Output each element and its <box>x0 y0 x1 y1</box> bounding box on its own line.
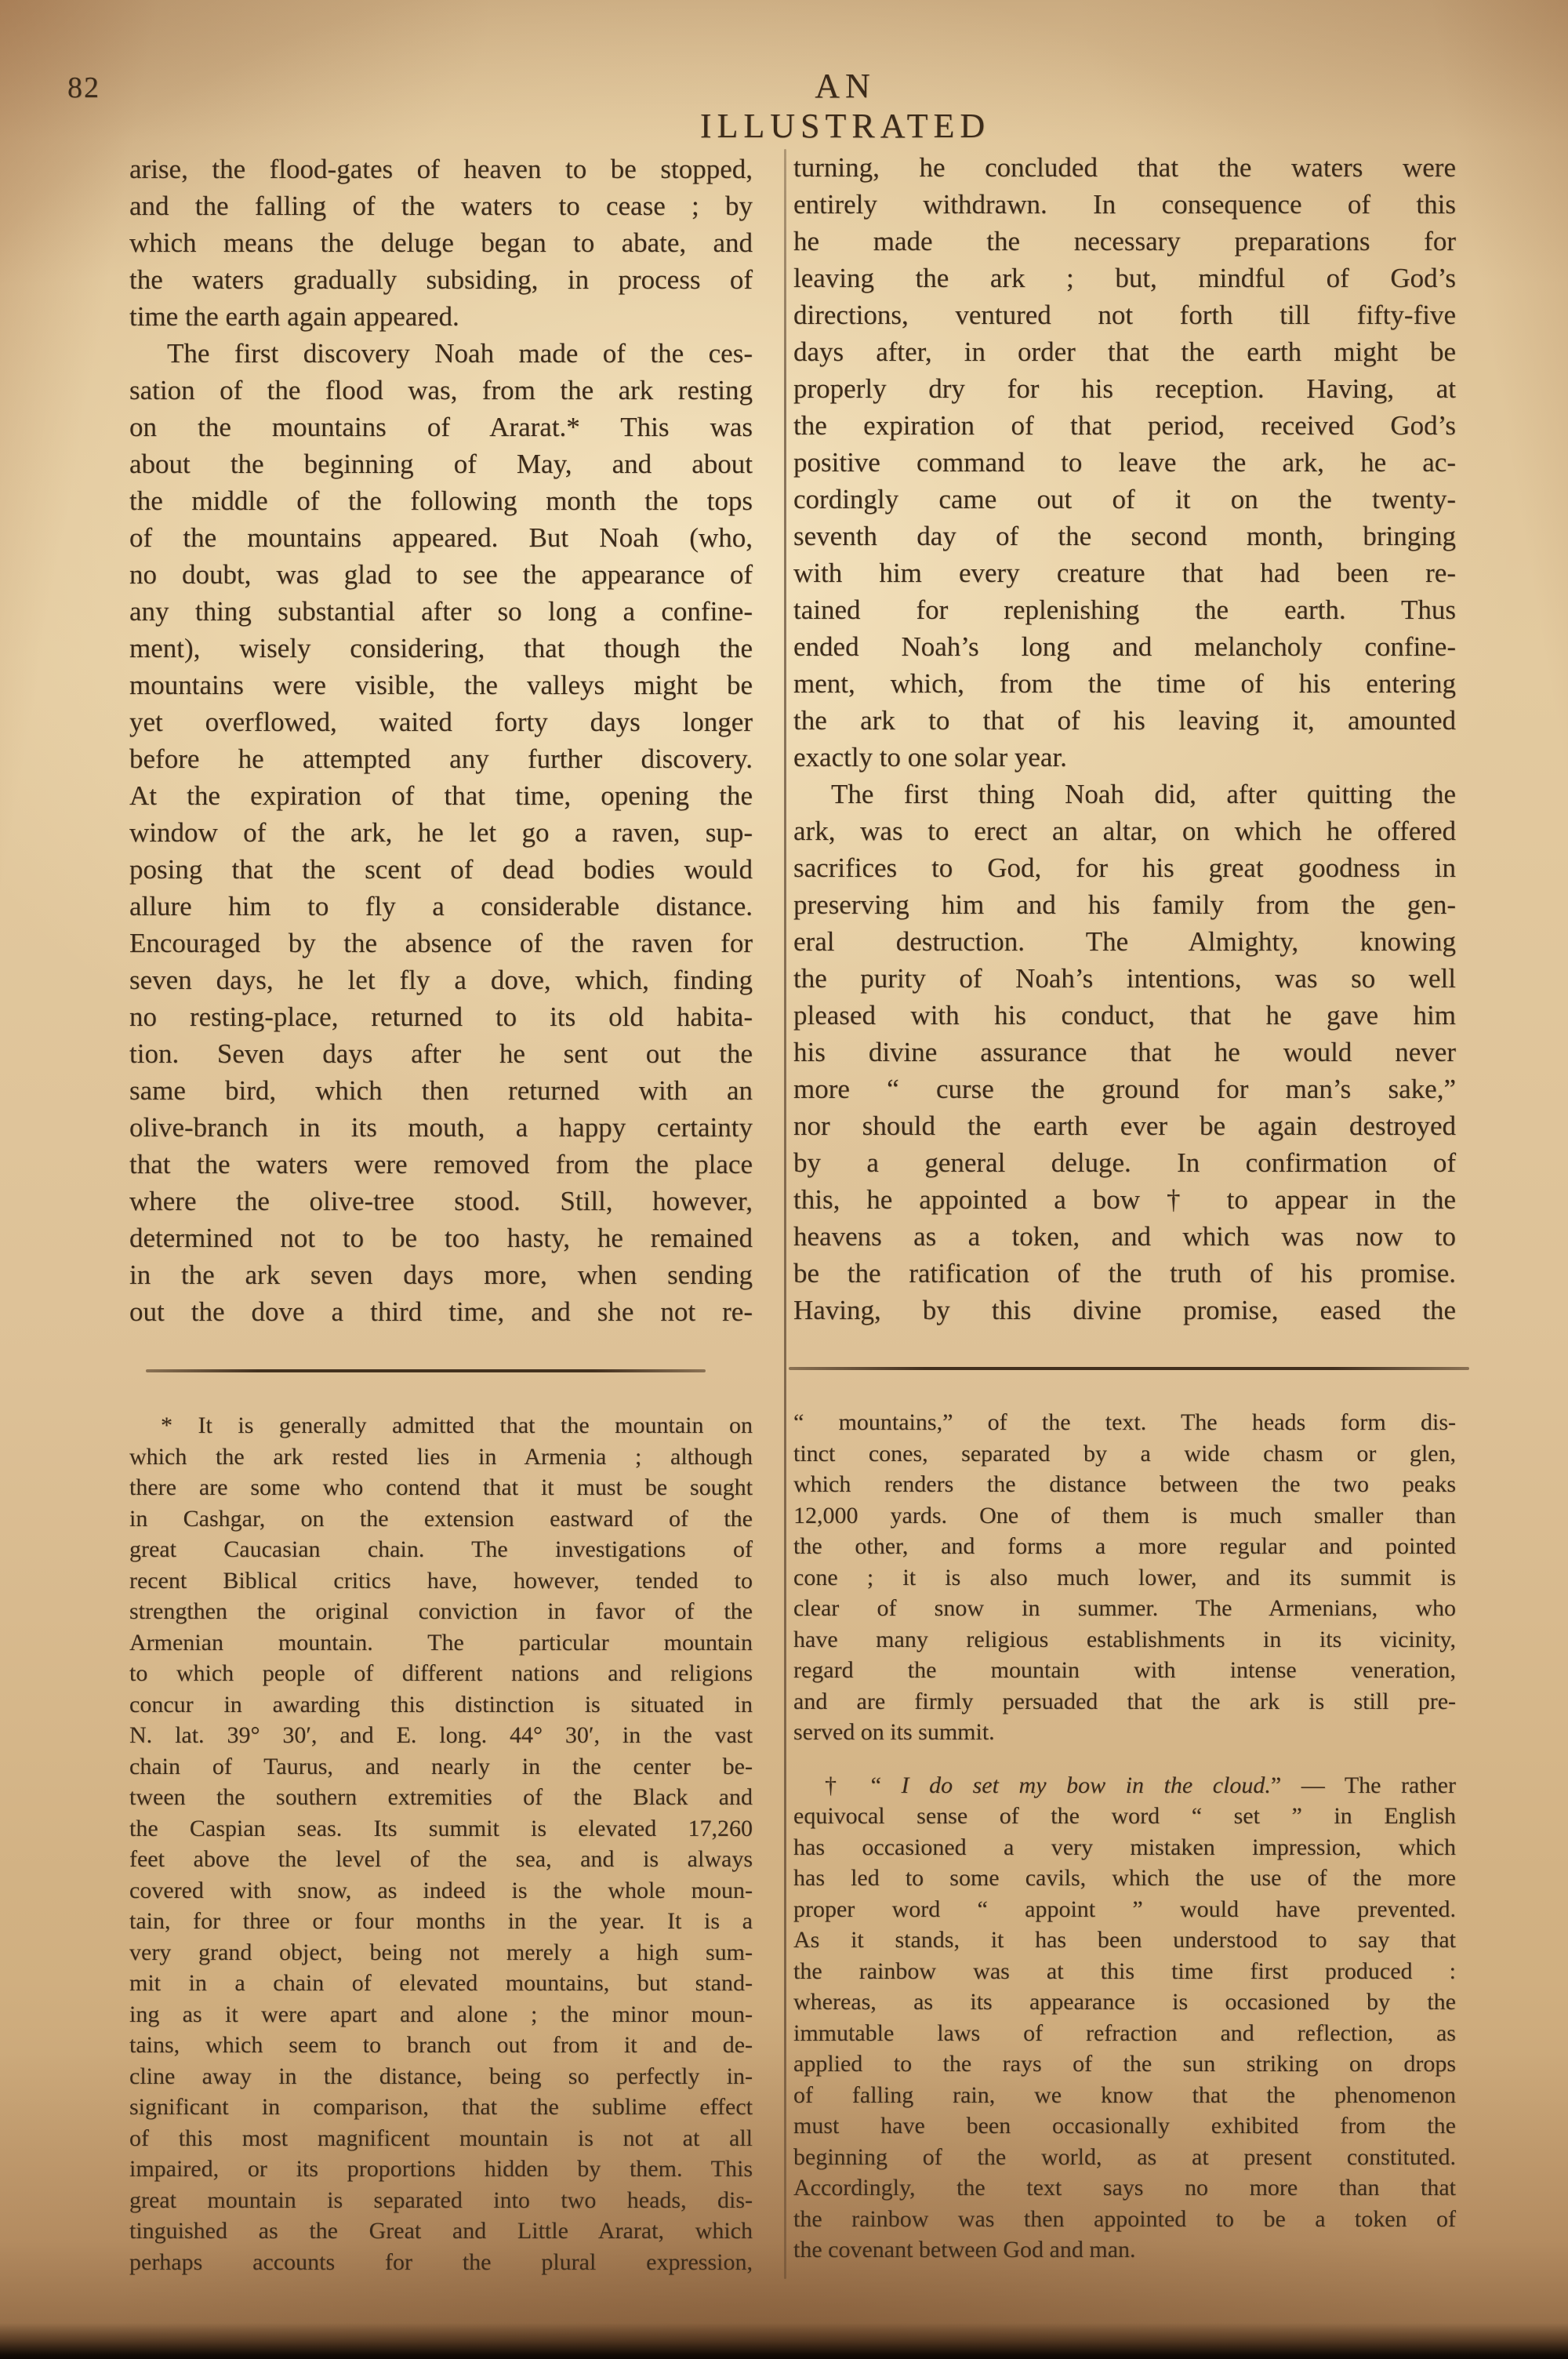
text-line: The first thing Noah did, after quitting… <box>793 776 1456 812</box>
text-line: great Caucasian chain. The investigation… <box>129 1534 753 1565</box>
text-line: turning, he concluded that the waters we… <box>793 149 1456 186</box>
text-line: beginning of the world, as at present co… <box>793 2142 1456 2173</box>
text-line: there are some who contend that it must … <box>129 1472 753 1503</box>
paragraph-block: “ mountains,” of the text. The heads for… <box>793 1407 1456 1748</box>
text-line: arise, the flood-gates of heaven to be s… <box>129 151 753 187</box>
text-line: eral destruction. The Almighty, knowing <box>793 923 1456 960</box>
text-line: the rainbow was at this time first produ… <box>793 1956 1456 1987</box>
text-line: covered with snow, as indeed is the whol… <box>129 1875 753 1906</box>
text-line: the expiration of that period, received … <box>793 407 1456 444</box>
text-line: tained for replenishing the earth. Thus <box>793 591 1456 628</box>
text-line: have many religious establishments in it… <box>793 1624 1456 1656</box>
text-line: impaired, or its proportions hidden by t… <box>129 2154 753 2185</box>
text-line: applied to the rays of the sun striking … <box>793 2048 1456 2080</box>
text-line: window of the ark, he let go a raven, su… <box>129 814 753 851</box>
footnote-separator-rule-right <box>789 1367 1469 1370</box>
text-line: more “ curse the ground for man’s sake,” <box>793 1070 1456 1107</box>
text-line: of the mountains appeared. But Noah (who… <box>129 519 753 556</box>
text-line: yet overflowed, waited forty days longer <box>129 703 753 740</box>
text-line: time the earth again appeared. <box>129 298 753 335</box>
text-line: in Cashgar, on the extension eastward of… <box>129 1503 753 1535</box>
text-line: equivocal sense of the word “ set ” in E… <box>793 1801 1456 1832</box>
text-line: tinguished as the Great and Little Arara… <box>129 2215 753 2247</box>
text-line: on the mountains of Ararat.* This was <box>129 409 753 445</box>
paragraph-block: * It is generally admitted that the moun… <box>129 1410 753 2277</box>
text-line: that the waters were removed from the pl… <box>129 1146 753 1183</box>
text-line: this, he appointed a bow † to appear in … <box>793 1181 1456 1218</box>
text-line: sacrifices to God, for his great goodnes… <box>793 849 1456 886</box>
footnote-column-left: * It is generally admitted that the moun… <box>129 1410 753 2277</box>
text-line: which renders the distance between the t… <box>793 1469 1456 1500</box>
text-line: As it stands, it has been understood to … <box>793 1925 1456 1956</box>
text-line: directions, ventured not forth till fift… <box>793 296 1456 333</box>
text-line: to which people of different nations and… <box>129 1658 753 1689</box>
text-line: “ mountains,” of the text. The heads for… <box>793 1407 1456 1438</box>
text-line: recent Biblical critics have, however, t… <box>129 1565 753 1597</box>
text-line: leaving the ark ; but, mindful of God’s <box>793 260 1456 296</box>
text-line: preserving him and his family from the g… <box>793 886 1456 923</box>
text-line: entirely withdrawn. In consequence of th… <box>793 186 1456 223</box>
text-line: exactly to one solar year. <box>793 739 1456 776</box>
text-line: tain, for three or four months in the ye… <box>129 1906 753 1937</box>
paragraph-block: The first discovery Noah made of the ces… <box>129 335 753 1330</box>
text-line: ended Noah’s long and melancholy confine… <box>793 628 1456 665</box>
text-line: determined not to be too hasty, he remai… <box>129 1219 753 1256</box>
footnote-separator-rule-left <box>146 1369 706 1372</box>
text-line: great mountain is separated into two hea… <box>129 2185 753 2216</box>
text-line: allure him to fly a considerable distanc… <box>129 888 753 925</box>
text-line: regard the mountain with intense venerat… <box>793 1655 1456 1686</box>
text-line: At the expiration of that time, opening … <box>129 777 753 814</box>
text-line: same bird, which then returned with an <box>129 1072 753 1109</box>
text-line: must have been occasionally exhibited fr… <box>793 2110 1456 2142</box>
text-line: tinct cones, separated by a wide chasm o… <box>793 1438 1456 1470</box>
text-line: and are firmly persuaded that the ark is… <box>793 1686 1456 1717</box>
text-line: the Caspian seas. Its summit is elevated… <box>129 1813 753 1845</box>
text-line: mountains were visible, the valleys migh… <box>129 667 753 703</box>
paragraph-block: † “ I do set my bow in the cloud.” — The… <box>793 1770 1456 2266</box>
text-line: has led to some cavils, which the use of… <box>793 1863 1456 1894</box>
text-line: days after, in order that the earth migh… <box>793 333 1456 370</box>
text-line: chain of Taurus, and nearly in the cente… <box>129 1751 753 1783</box>
text-line: immutable laws of refraction and reflect… <box>793 2018 1456 2049</box>
text-line: by a general deluge. In confirmation of <box>793 1144 1456 1181</box>
column-divider-rule <box>784 149 786 2279</box>
text-line: which means the deluge began to abate, a… <box>129 224 753 261</box>
text-line: properly dry for his reception. Having, … <box>793 370 1456 407</box>
text-line: the ark to that of his leaving it, amoun… <box>793 702 1456 739</box>
paragraph-block: The first thing Noah did, after quitting… <box>793 776 1456 1329</box>
text-line: out the dove a third time, and she not r… <box>129 1293 753 1330</box>
text-line: Encouraged by the absence of the raven f… <box>129 925 753 961</box>
text-line: the waters gradually subsiding, in proce… <box>129 261 753 298</box>
text-line: nor should the earth ever be again destr… <box>793 1107 1456 1144</box>
text-line: the rainbow was then appointed to be a t… <box>793 2204 1456 2235</box>
text-line: in the ark seven days more, when sending <box>129 1256 753 1293</box>
text-line: cordingly came out of it on the twenty- <box>793 481 1456 518</box>
text-line: with him every creature that had been re… <box>793 554 1456 591</box>
text-line: † “ I do set my bow in the cloud.” — The… <box>793 1770 1456 1801</box>
text-line: ark, was to erect an altar, on which he … <box>793 812 1456 849</box>
text-line: clear of snow in summer. The Armenians, … <box>793 1593 1456 1624</box>
text-line: before he attempted any further discover… <box>129 740 753 777</box>
text-line: seven days, he let fly a dove, which, fi… <box>129 961 753 998</box>
text-line: Accordingly, the text says no more than … <box>793 2172 1456 2204</box>
running-header-title: AN ILLUSTRATED <box>681 66 1010 146</box>
page-number: 82 <box>67 71 100 105</box>
text-line: whereas, as its appearance is occasioned… <box>793 1986 1456 2018</box>
paragraph-block: turning, he concluded that the waters we… <box>793 149 1456 776</box>
text-line: proper word “ appoint ” would have preve… <box>793 1894 1456 1925</box>
text-line: perhaps accounts for the plural expressi… <box>129 2247 753 2278</box>
text-line: any thing substantial after so long a co… <box>129 593 753 630</box>
text-line: Having, by this divine promise, eased th… <box>793 1292 1456 1329</box>
text-line: olive-branch in its mouth, a happy certa… <box>129 1109 753 1146</box>
text-line: where the olive-tree stood. Still, howev… <box>129 1183 753 1219</box>
text-line: and the falling of the waters to cease ;… <box>129 187 753 224</box>
text-line: his divine assurance that he would never <box>793 1034 1456 1070</box>
text-line: served on its summit. <box>793 1717 1456 1748</box>
text-line: ment, which, from the time of his enteri… <box>793 665 1456 702</box>
text-line: which the ark rested lies in Armenia ; a… <box>129 1441 753 1473</box>
text-line: posing that the scent of dead bodies wou… <box>129 851 753 888</box>
text-line: feet above the level of the sea, and is … <box>129 1844 753 1875</box>
text-line: tains, which seem to branch out from it … <box>129 2030 753 2061</box>
text-line: tion. Seven days after he sent out the <box>129 1035 753 1072</box>
scanned-book-page: 82 AN ILLUSTRATED arise, the flood-gates… <box>0 0 1568 2359</box>
text-line: 12,000 yards. One of them is much smalle… <box>793 1500 1456 1532</box>
text-line: very grand object, being not merely a hi… <box>129 1937 753 1968</box>
body-column-left: arise, the flood-gates of heaven to be s… <box>129 151 753 1330</box>
text-line: cline away in the distance, being so per… <box>129 2061 753 2092</box>
text-line: seventh day of the second month, bringin… <box>793 518 1456 554</box>
text-line: tween the southern extremities of the Bl… <box>129 1782 753 1813</box>
text-line: concur in awarding this distinction is s… <box>129 1689 753 1721</box>
text-line: has occasioned a very mistaken impressio… <box>793 1832 1456 1863</box>
text-line: the purity of Noah’s intentions, was so … <box>793 960 1456 997</box>
text-line: pleased with his conduct, that he gave h… <box>793 997 1456 1034</box>
text-line: sation of the flood was, from the ark re… <box>129 372 753 409</box>
text-line: about the beginning of May, and about <box>129 445 753 482</box>
text-line: no resting-place, returned to its old ha… <box>129 998 753 1035</box>
text-line: N. lat. 39° 30′, and E. long. 44° 30′, i… <box>129 1720 753 1751</box>
text-line: heavens as a token, and which was now to <box>793 1218 1456 1255</box>
text-line: strengthen the original conviction in fa… <box>129 1596 753 1627</box>
text-line: the other, and forms a more regular and … <box>793 1531 1456 1562</box>
text-line: * It is generally admitted that the moun… <box>129 1410 753 1441</box>
text-line: Armenian mountain. The particular mounta… <box>129 1627 753 1659</box>
body-column-right: turning, he concluded that the waters we… <box>793 149 1456 1329</box>
text-line: mit in a chain of elevated mountains, bu… <box>129 1968 753 1999</box>
paragraph-block: arise, the flood-gates of heaven to be s… <box>129 151 753 335</box>
text-line: he made the necessary preparations for <box>793 223 1456 260</box>
text-line: the middle of the following month the to… <box>129 482 753 519</box>
text-line: ing as it were apart and alone ; the min… <box>129 1999 753 2030</box>
text-line: The first discovery Noah made of the ces… <box>129 335 753 372</box>
text-line: the covenant between God and man. <box>793 2234 1456 2266</box>
text-line: cone ; it is also much lower, and its su… <box>793 1562 1456 1594</box>
text-line: significant in comparison, that the subl… <box>129 2092 753 2123</box>
text-line: ment), wisely considering, that though t… <box>129 630 753 667</box>
text-line: be the ratification of the truth of his … <box>793 1255 1456 1292</box>
text-line: of falling rain, we know that the phenom… <box>793 2080 1456 2111</box>
text-line: no doubt, was glad to see the appearance… <box>129 556 753 593</box>
text-line: positive command to leave the ark, he ac… <box>793 444 1456 481</box>
footnote-column-right: “ mountains,” of the text. The heads for… <box>793 1407 1456 2266</box>
text-line: of this most magnificent mountain is not… <box>129 2123 753 2154</box>
page-bottom-edge-shadow <box>0 2323 1568 2359</box>
